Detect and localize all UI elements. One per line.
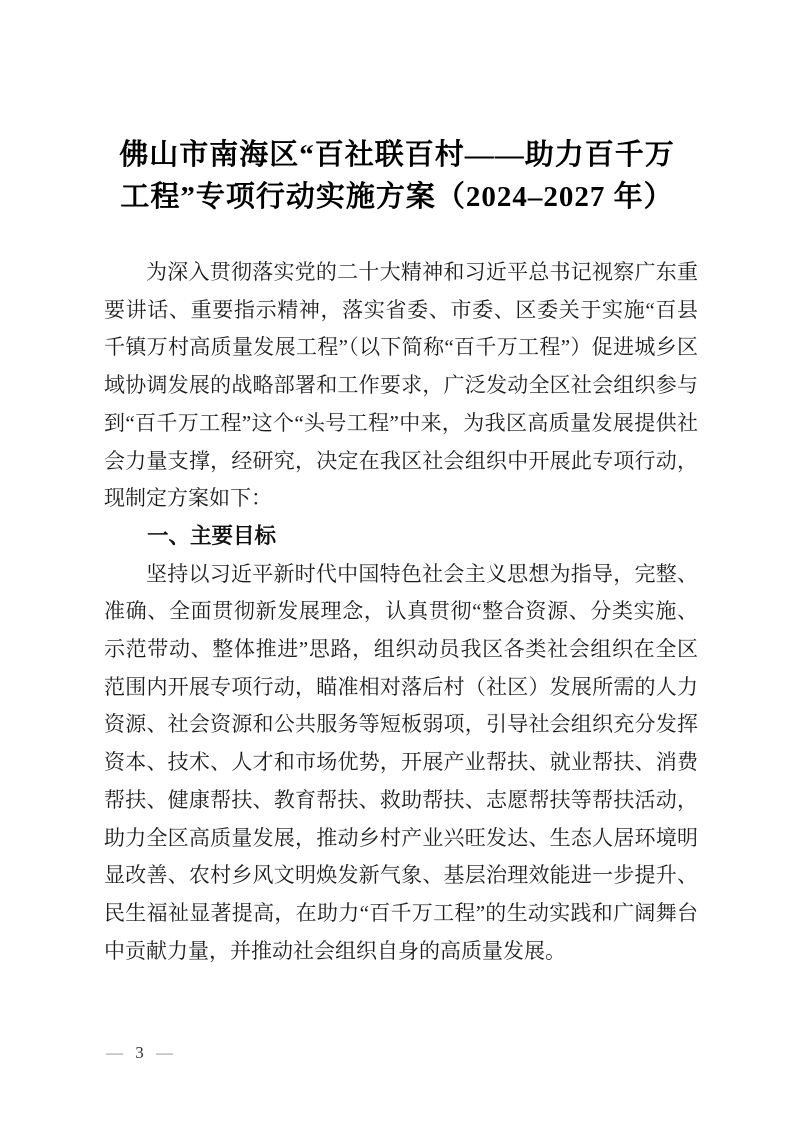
paragraph-main-goals: 坚持以习近平新时代中国特色社会主义思想为指导，完整、准确、全面贯彻新发展理念，认…	[104, 556, 698, 971]
document-page: 佛山市南海区“百社联百村——助力百千万 工程”专项行动实施方案（2024–202…	[0, 0, 794, 1123]
page-number: — 3 —	[106, 1042, 175, 1064]
document-body: 为深入贯彻落实党的二十大精神和习近平总书记视察广东重要讲话、重要指示精神，落实省…	[104, 254, 698, 970]
page-number-left-dash: —	[106, 1043, 125, 1062]
document-title-line-2: 工程”专项行动实施方案（2024–2027 年）	[77, 176, 717, 218]
document-title-line-1: 佛山市南海区“百社联百村——助力百千万	[77, 134, 717, 176]
document-title: 佛山市南海区“百社联百村——助力百千万 工程”专项行动实施方案（2024–202…	[77, 134, 717, 218]
page-number-value: 3	[131, 1043, 150, 1062]
paragraph-introduction: 为深入贯彻落实党的二十大精神和习近平总书记视察广东重要讲话、重要指示精神，落实省…	[104, 254, 698, 518]
page-number-right-dash: —	[156, 1043, 175, 1062]
section-heading-main-goals: 一、主要目标	[104, 518, 698, 556]
